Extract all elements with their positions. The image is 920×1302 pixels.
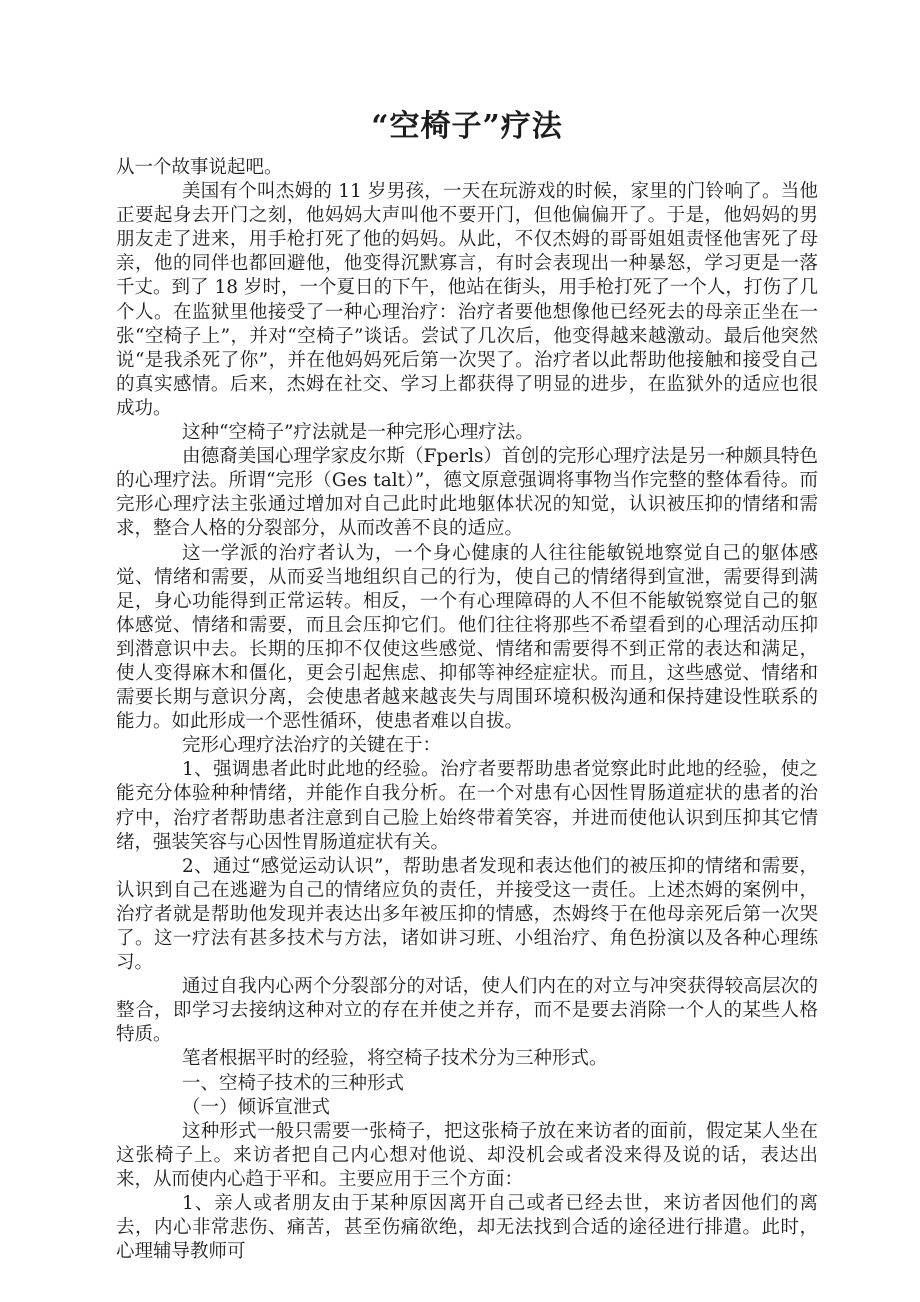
paragraph-key-point-1: 1、强调患者此时此地的经验。治疗者要帮助患者觉察此时此地的经验，使之能充分体验种… [116,758,818,854]
document-body: 从一个故事说起吧。 美国有个叫杰姆的 11 岁男孩，一天在玩游戏的时候，家里的门… [116,156,818,1264]
paragraph-key-lead: 完形心理疗法治疗的关键在于： [116,734,818,758]
paragraph-author-note: 笔者根据平时的经验，将空椅子技术分为三种形式。 [116,1047,818,1071]
heading-three-forms: 一、空椅子技术的三种形式 [116,1072,818,1096]
paragraph-form-1-use-1: 1、亲人或者朋友由于某种原因离开自己或者已经去世，来访者因他们的离去，内心非常悲… [116,1192,818,1264]
paragraph-dialogue: 通过自我内心两个分裂部分的对话，使人们内在的对立与冲突获得较高层次的整合，即学习… [116,975,818,1047]
paragraph-perls: 由德裔美国心理学家皮尔斯（Fperls）首创的完形心理疗法是另一种颇具特色的心理… [116,445,818,541]
paragraph-story: 美国有个叫杰姆的 11 岁男孩，一天在玩游戏的时候，家里的门铃响了。当他正要起身… [116,180,818,421]
paragraph-intro: 从一个故事说起吧。 [116,156,818,180]
paragraph-gestalt-intro: 这种“空椅子”疗法就是一种完形心理疗法。 [116,421,818,445]
document-page: “空椅子”疗法 从一个故事说起吧。 美国有个叫杰姆的 11 岁男孩，一天在玩游戏… [0,0,920,1302]
paragraph-key-point-2: 2、通过“感觉运动认识”，帮助患者发现和表达他们的被压抑的情绪和需要，认识到自己… [116,855,818,975]
paragraph-form-1-desc: 这种形式一般只需要一张椅子，把这张椅子放在来访者的面前，假定某人坐在这张椅子上。… [116,1120,818,1192]
document-title: “空椅子”疗法 [116,108,818,146]
paragraph-school-view: 这一学派的治疗者认为，一个身心健康的人往往能敏锐地察觉自己的躯体感觉、情绪和需要… [116,542,818,735]
heading-form-1: （一）倾诉宣泄式 [116,1096,818,1120]
